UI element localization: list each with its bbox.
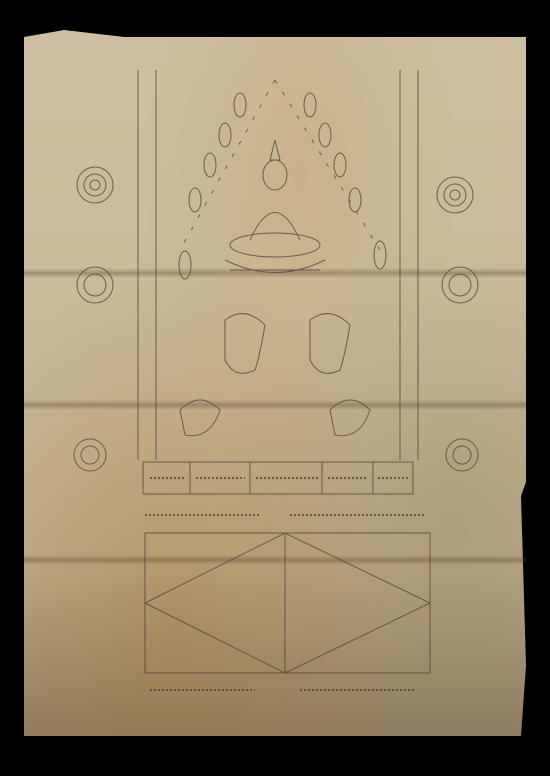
halo-motifs [179, 80, 386, 279]
diamond-panel [145, 533, 430, 673]
guardian-lions [180, 314, 370, 436]
central-deity [225, 140, 325, 273]
yantra-drawing [0, 0, 550, 776]
